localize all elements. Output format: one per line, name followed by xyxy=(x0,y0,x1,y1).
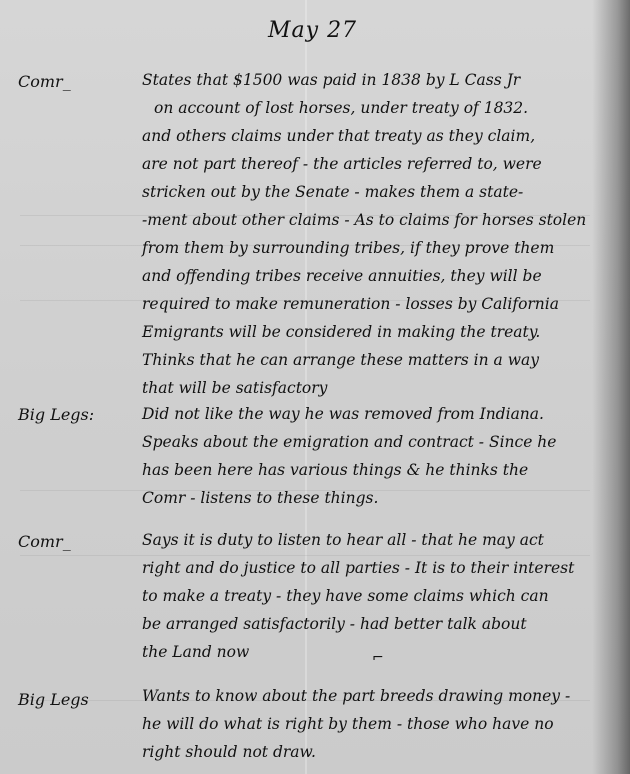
entry-text: Did not like the way he was removed from… xyxy=(142,400,622,512)
text-line: on account of lost horses, under treaty … xyxy=(142,94,622,122)
text-line: right should not draw. xyxy=(142,738,622,766)
text-line: has been here has various things & he th… xyxy=(142,456,622,484)
entry-text: States that $1500 was paid in 1838 by L … xyxy=(142,66,622,402)
text-line: to make a treaty - they have some claims… xyxy=(142,582,622,610)
text-line: Says it is duty to listen to hear all - … xyxy=(142,526,622,554)
text-line: -ment about other claims - As to claims … xyxy=(142,206,622,234)
speaker-label: Comr_ xyxy=(18,532,71,551)
speaker-label: Comr_ xyxy=(18,72,71,91)
text-line: be arranged satisfactorily - had better … xyxy=(142,610,622,638)
text-line: and offending tribes receive annuities, … xyxy=(142,262,622,290)
text-line: right and do justice to all parties - It… xyxy=(142,554,622,582)
text-line: Thinks that he can arrange these matters… xyxy=(142,346,622,374)
text-line: Comr - listens to these things. xyxy=(142,484,622,512)
text-line: Wants to know about the part breeds draw… xyxy=(142,682,622,710)
margin-mark: ⌐ xyxy=(372,650,384,666)
text-line: he will do what is right by them - those… xyxy=(142,710,622,738)
text-line: are not part thereof - the articles refe… xyxy=(142,150,622,178)
text-line: Speaks about the emigration and contract… xyxy=(142,428,622,456)
text-line: required to make remuneration - losses b… xyxy=(142,290,622,318)
text-line: that will be satisfactory xyxy=(142,374,622,402)
speaker-label: Big Legs: xyxy=(18,405,94,424)
manuscript-page: May 27 Comr_ States that $1500 was paid … xyxy=(0,0,630,774)
page-date: May 27 xyxy=(268,18,357,43)
entry-text: Wants to know about the part breeds draw… xyxy=(142,682,622,766)
text-line: stricken out by the Senate - makes them … xyxy=(142,178,622,206)
text-line: and others claims under that treaty as t… xyxy=(142,122,622,150)
text-line: Emigrants will be considered in making t… xyxy=(142,318,622,346)
text-line: States that $1500 was paid in 1838 by L … xyxy=(142,66,622,94)
entry-text: Says it is duty to listen to hear all - … xyxy=(142,526,622,666)
text-line: from them by surrounding tribes, if they… xyxy=(142,234,622,262)
text-line: Did not like the way he was removed from… xyxy=(142,400,622,428)
speaker-label: Big Legs xyxy=(18,690,89,709)
